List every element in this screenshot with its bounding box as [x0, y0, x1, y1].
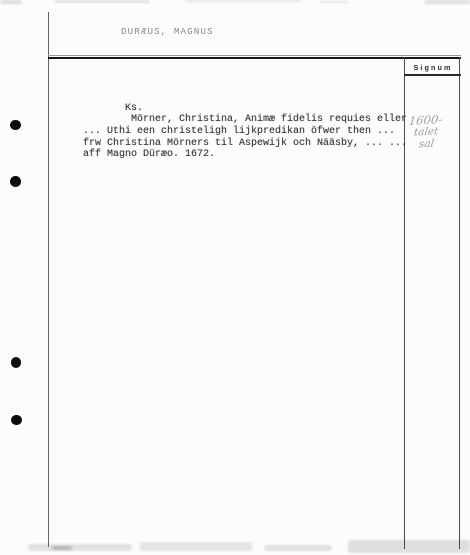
entry-line: Ks.: [83, 103, 407, 115]
catalog-entry-text: Ks. Mörner, Christina, Animæ fidelis req…: [83, 103, 407, 161]
scan-artifact: [0, 0, 22, 4]
entry-line: frw Christina Mörners til Aspewijk och N…: [83, 138, 407, 150]
entry-line: aff Magno Düræo. 1672.: [83, 149, 407, 161]
punch-hole: [10, 176, 21, 187]
scan-artifact: [264, 545, 332, 551]
punch-hole: [11, 357, 22, 368]
scan-artifact: [320, 1, 348, 4]
card-left-rule: [48, 12, 50, 547]
scan-artifact: [185, 0, 300, 2]
entry-line: ... Uthi een christeligh lijkpredikan öf…: [83, 126, 407, 138]
entry-line: Mörner, Christina, Animæ fidelis requies…: [83, 114, 407, 126]
scan-artifact: [55, 0, 150, 3]
catalog-card-scan: DURÆUS, MAGNUS Signum Ks. Mörner, Christ…: [0, 0, 470, 555]
scan-artifact: [140, 542, 252, 551]
punch-hole: [10, 120, 21, 131]
signum-header-underline: [404, 74, 461, 75]
punch-hole: [11, 415, 22, 426]
card-top-rule: [48, 57, 461, 59]
handwritten-signum-line: sal: [418, 138, 435, 151]
signum-column-header: Signum: [404, 63, 461, 72]
scan-artifact: [424, 0, 470, 4]
handwritten-signum-line: talet: [413, 125, 439, 138]
card-right-rule: [459, 57, 460, 549]
scan-artifact: [52, 546, 72, 550]
author-heading: DURÆUS, MAGNUS: [121, 26, 214, 37]
scan-artifact: [28, 544, 132, 551]
scan-artifact: [348, 540, 470, 553]
